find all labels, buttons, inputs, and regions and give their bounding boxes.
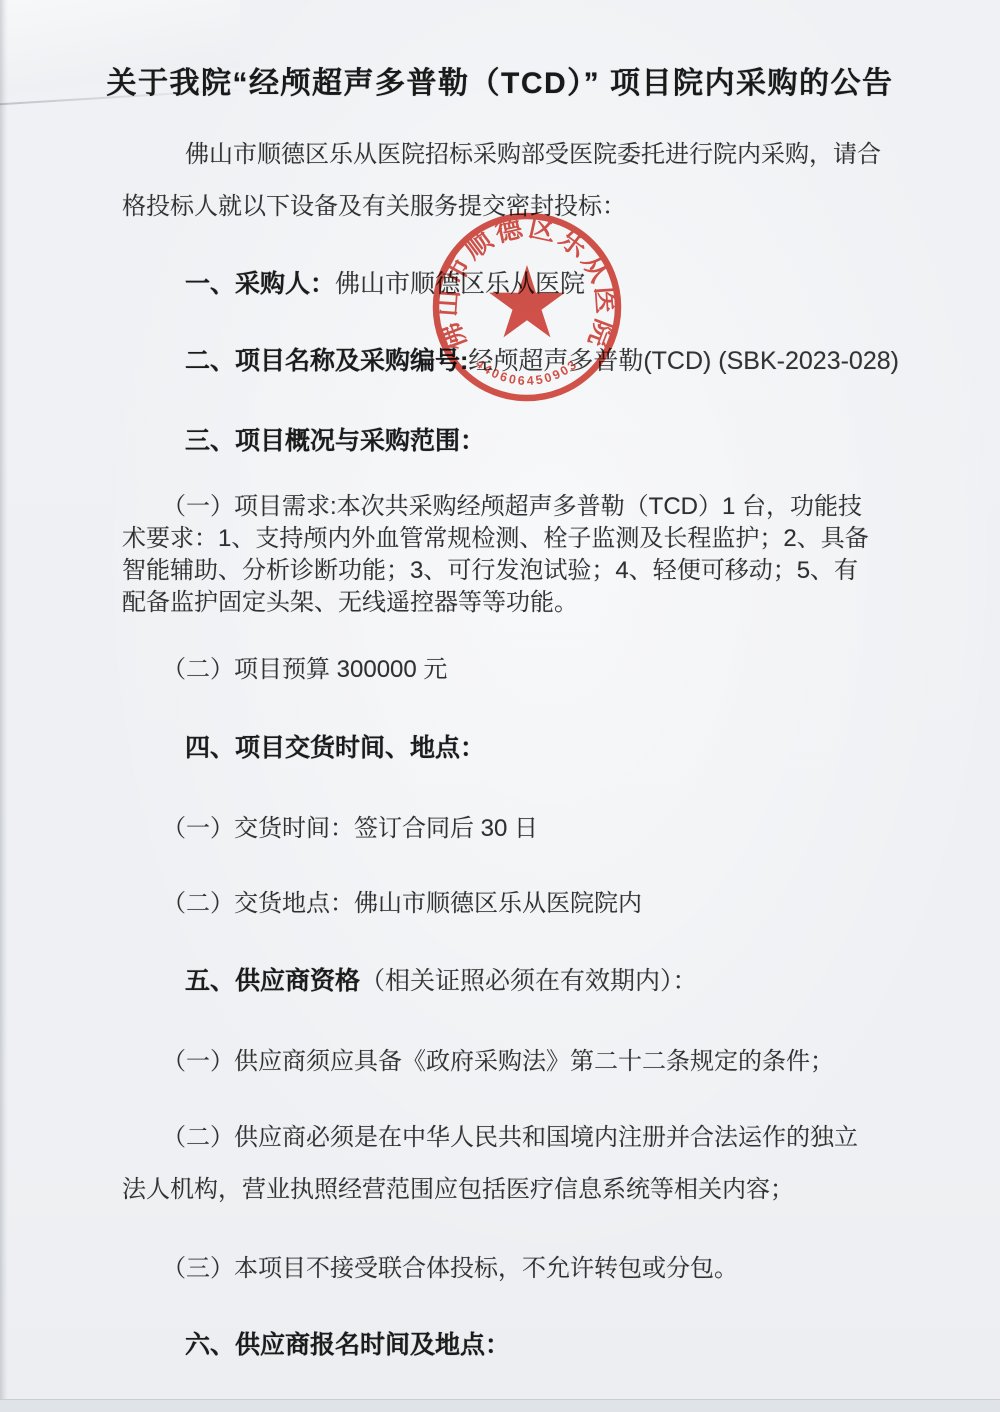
requirements-line: 术要求：1、支持颅内外血管常规检测、栓子监测及长程监护；2、具备 xyxy=(122,524,869,554)
seal-serial-number: 440606450903 xyxy=(473,357,581,389)
requirements-line: 智能辅助、分析诊断功能；3、可行发泡试验；4、轻便可移动；5、有 xyxy=(122,556,858,586)
qualification-label: 五、供应商资格 xyxy=(185,967,360,995)
qualification-line: 法人机构，营业执照经营范围应包括医疗信息系统等相关内容； xyxy=(122,1175,794,1205)
section-registration-heading: 六、供应商报名时间及地点： xyxy=(185,1330,510,1361)
section-qualification-heading: 五、供应商资格（相关证照必须在有效期内）： xyxy=(185,966,698,997)
document-title: 关于我院“经颅超声多普勒（TCD）” 项目院内采购的公告 xyxy=(0,58,1000,102)
scan-bottom-band xyxy=(0,1399,1000,1412)
section-scope-heading: 三、项目概况与采购范围： xyxy=(185,426,485,457)
delivery-place-line: （二）交货地点：佛山市顺德区乐从医院院内 xyxy=(162,889,642,919)
budget-line: （二）项目预算 300000 元 xyxy=(162,655,447,685)
delivery-time-line: （一）交货时间：签订合同后 30 日 xyxy=(162,814,538,844)
requirements-line: 配备监护固定头架、无线遥控器等等功能。 xyxy=(122,588,578,618)
qualification-line: （一）供应商须应具备《政府采购法》第二十二条规定的条件； xyxy=(162,1047,834,1077)
qualification-note: （相关证照必须在有效期内）： xyxy=(360,967,698,995)
qualification-line: （二）供应商必须是在中华人民共和国境内注册并合法运作的独立 xyxy=(162,1123,858,1153)
section-delivery-heading: 四、项目交货时间、地点： xyxy=(185,733,485,764)
official-seal: 佛山市顺德区乐从医院 440606450903 xyxy=(417,197,637,417)
scanned-document-page: 关于我院“经颅超声多普勒（TCD）” 项目院内采购的公告 佛山市顺德区乐从医院招… xyxy=(0,0,1000,1412)
qualification-line: （三）本项目不接受联合体投标，不允许转包或分包。 xyxy=(162,1254,738,1284)
intro-line: 佛山市顺德区乐从医院招标采购部受医院委托进行院内采购，请合 xyxy=(185,140,881,170)
scan-left-edge-shadow xyxy=(0,0,8,1412)
requirements-line: （一）项目需求:本次共采购经颅超声多普勒（TCD）1 台，功能技 xyxy=(162,492,862,522)
section-purchaser-label: 一、采购人： xyxy=(185,270,335,298)
star-icon xyxy=(489,265,565,337)
